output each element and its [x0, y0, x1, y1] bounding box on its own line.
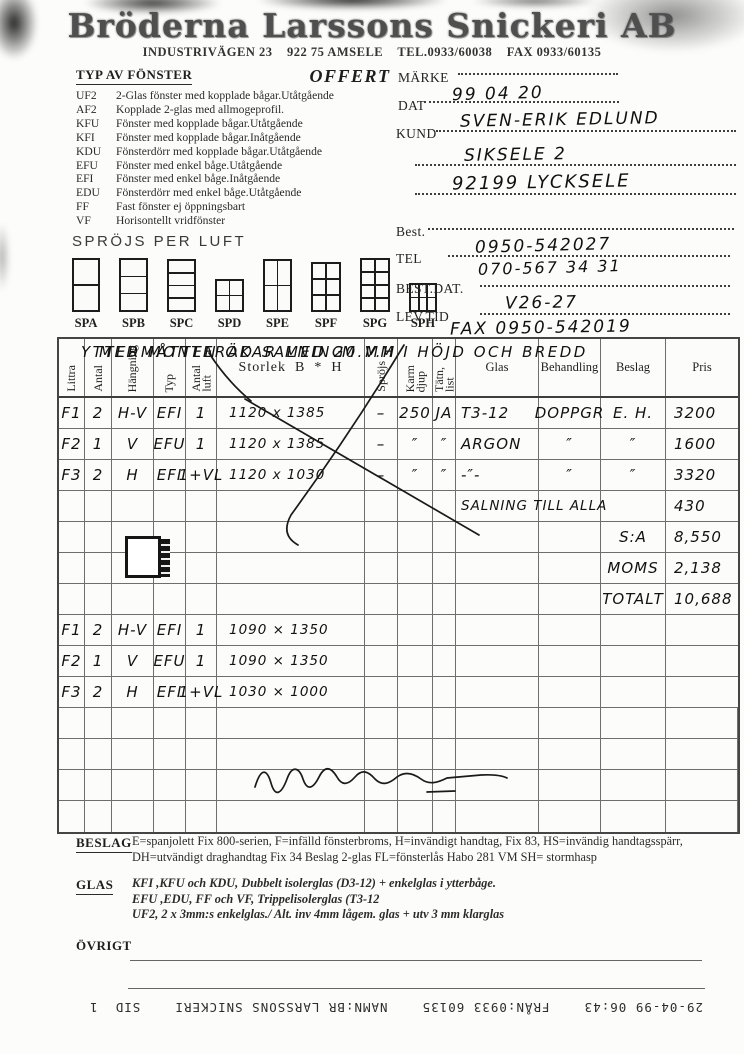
table-cell: DOPPGR [539, 398, 601, 429]
cell-value-handwritten: 1600 [674, 435, 716, 453]
window-type-code: VF [76, 214, 116, 228]
cell-value-handwritten: 1120 x 1385 [229, 405, 325, 421]
cell-value-handwritten: F2 [61, 652, 81, 670]
sprojs-pane [230, 296, 242, 310]
sprojs-label: SPE [266, 316, 289, 331]
table-row: TOTALT10,688 [59, 584, 738, 615]
table-cell: ″ [433, 460, 456, 491]
table-cell: H-V [112, 615, 154, 646]
table-cell [398, 708, 433, 739]
cell-value-handwritten: H [126, 466, 138, 484]
sprojs-pane [376, 273, 388, 284]
glas-legend-text: KFI ,KFU och KDU, Dubbelt isolerglas (D3… [132, 876, 732, 923]
table-cell: 1030 × 1000 [217, 677, 365, 708]
table-cell [186, 739, 217, 770]
window-types-title: TYP AV FÖNSTER [76, 67, 192, 85]
cell-value-handwritten: F1 [61, 621, 81, 639]
window-type-desc: Horisontellt vridfönster [116, 214, 225, 228]
cell-value-handwritten: F1 [61, 404, 81, 422]
table-cell [666, 677, 738, 708]
table-cell: – [365, 398, 398, 429]
table-header-label: Glas [486, 360, 509, 375]
ovrigt-line-2 [128, 988, 705, 989]
sprojs-pane [169, 299, 194, 310]
table-cell [456, 708, 539, 739]
table-row: F12H-VEFI11120 x 1385–250JAT3-12DOPPGRE.… [59, 398, 738, 429]
window-type-desc: 2-Glas fönster med kopplade bågar.Utåtgå… [116, 89, 334, 103]
cell-value-handwritten: 2 [93, 683, 104, 701]
table-cell [59, 553, 85, 584]
window-type-desc: Kopplade 2-glas med allmogeprofil. [116, 103, 284, 117]
window-type-desc: Fönster med enkel båge.Inåtgående [116, 172, 280, 186]
sprojs-item: SPB [119, 258, 148, 331]
window-type-code: EFI [76, 172, 116, 186]
cell-value-handwritten: ARGON [461, 435, 521, 453]
table-cell: V [112, 429, 154, 460]
fax-noise-blob [0, 222, 10, 292]
table-cell [398, 646, 433, 677]
table-row: F21VEFU11120 x 1385–″″ARGON″″1600 [59, 429, 738, 460]
table-cell: JA [433, 398, 456, 429]
table-cell [217, 553, 365, 584]
table-cell: EFU [154, 646, 186, 677]
window-type-item: FFFast fönster ej öppningsbart [76, 200, 406, 214]
table-cell [601, 801, 666, 832]
legend-line: EFU ,EDU, FF och VF, Trippelisolerglas (… [132, 892, 732, 908]
table-cell [539, 646, 601, 677]
table-cell: T3-12 [456, 398, 539, 429]
sprojs-window-icon [263, 259, 292, 312]
table-cell: 2,138 [666, 553, 738, 584]
sprojs-label: SPA [75, 316, 98, 331]
table-header-label: Storlek B * H [239, 360, 343, 376]
sprojs-pane [327, 280, 339, 294]
table-cell: 2 [85, 460, 112, 491]
table-note-row: MED MONTERAD SALNING [59, 739, 738, 770]
window-type-item: EFUFönster med enkel båge.Utåtgående [76, 159, 406, 173]
beslag-legend-label: BESLAG [76, 835, 132, 853]
sprojs-pane [278, 286, 290, 310]
table-header-label: Tätn, list [434, 367, 455, 392]
table-cell: 1090 × 1350 [217, 615, 365, 646]
table-cell: -″- [456, 460, 539, 491]
table-cell: 10,688 [666, 584, 738, 615]
table-cell [59, 801, 85, 832]
table-cell [85, 553, 112, 584]
cell-value-handwritten: ″ [441, 466, 448, 484]
kund-city-handwritten: 92199 LYCKSELE [452, 170, 631, 194]
window-type-code: FF [76, 200, 116, 214]
table-cell [85, 584, 112, 615]
cell-value-handwritten: 430 [674, 497, 706, 515]
table-cell: EFI [154, 398, 186, 429]
table-cell [217, 522, 365, 553]
table-cell [59, 708, 85, 739]
table-cell: 1600 [666, 429, 738, 460]
table-cell [666, 646, 738, 677]
cell-value-handwritten: JA [436, 404, 453, 422]
sprojs-window-icon [72, 258, 100, 312]
cell-value-handwritten: EFI [157, 621, 183, 639]
window-type-desc: Fönster med kopplade bågar.Utåtgående [116, 117, 303, 131]
best-line [428, 227, 734, 230]
table-cell [59, 584, 85, 615]
table-cell [433, 491, 456, 522]
table-cell [365, 522, 398, 553]
window-types-section: TYP AV FÖNSTER UF22-Glas fönster med kop… [76, 66, 406, 228]
table-cell [398, 801, 433, 832]
window-type-item: UF22-Glas fönster med kopplade bågar.Utå… [76, 89, 406, 103]
table-cell [433, 739, 456, 770]
window-type-item: KFIFönster med kopplade bågar.Inåtgående [76, 131, 406, 145]
table-cell: – [365, 460, 398, 491]
table-cell: 8,550 [666, 522, 738, 553]
table-note-handwritten: MED MONTERAD SALNING [99, 343, 346, 361]
table-cell [666, 770, 738, 801]
table-cell [85, 522, 112, 553]
marke-line [458, 72, 618, 75]
cell-value-handwritten: 1 [196, 652, 207, 670]
table-cell [433, 522, 456, 553]
cell-value-handwritten: F2 [61, 435, 81, 453]
beslag-legend-text: E=spanjolett Fix 800-serien, F=infälld f… [132, 834, 732, 865]
sprojs-item: SPG [360, 258, 390, 331]
sprojs-pane [362, 299, 374, 310]
sprojs-window-icon [215, 279, 244, 312]
window-type-item: EDUFönsterdörr med enkel båge.Utåtgående [76, 186, 406, 200]
window-type-code: UF2 [76, 89, 116, 103]
cell-value-handwritten: V [127, 435, 138, 453]
sprojs-pane [313, 296, 325, 310]
table-cell [539, 584, 601, 615]
table-cell [365, 708, 398, 739]
table-cell [85, 491, 112, 522]
table-cell [601, 708, 666, 739]
table-cell: 250 [398, 398, 433, 429]
table-header-label: Spröjs [376, 361, 387, 392]
table-cell [433, 677, 456, 708]
sprojs-pane [362, 286, 374, 297]
cell-value-handwritten: 1090 × 1350 [229, 653, 329, 669]
sprojs-window-icon [311, 262, 341, 312]
table-cell: ″ [601, 460, 666, 491]
sprojs-pane [169, 286, 194, 297]
table-cell [398, 677, 433, 708]
table-cell: EFI [154, 615, 186, 646]
table-cell: 3320 [666, 460, 738, 491]
table-cell [186, 801, 217, 832]
table-cell [186, 584, 217, 615]
table-cell: ″ [539, 429, 601, 460]
cell-value-handwritten: H-V [118, 404, 147, 422]
table-cell [433, 770, 456, 801]
table-cell: 1120 x 1385 [217, 429, 365, 460]
cell-value-handwritten: F3 [61, 466, 81, 484]
cell-value-handwritten: S:A [619, 528, 647, 546]
table-cell [85, 708, 112, 739]
tel-value-2-handwritten: 070-567 34 31 [478, 256, 622, 279]
table-note-row: YTTERMÅTTEN ÖKAR MED 20 MM I HÖJD OCH BR… [59, 708, 738, 739]
kund-name-handwritten: SVEN-ERIK EDLUND [460, 108, 660, 131]
legend-line: UF2, 2 x 3mm:s enkelglas./ Alt. inv 4mm … [132, 907, 732, 923]
table-cell [456, 615, 539, 646]
window-type-item: EFIFönster med enkel båge.Inåtgående [76, 172, 406, 186]
glas-legend-label: GLAS [76, 877, 113, 895]
window-type-desc: Fönsterdörr med enkel båge.Utåtgående [116, 186, 301, 200]
table-cell: SALNING TILL ALLA [456, 491, 539, 522]
table-cell [666, 615, 738, 646]
table-cell [217, 708, 365, 739]
table-cell [365, 739, 398, 770]
sprojs-window-icon [360, 258, 390, 312]
table-header-label: Littra [66, 365, 77, 392]
window-type-item: KFUFönster med kopplade bågar.Utåtgående [76, 117, 406, 131]
cell-value-handwritten: 2 [93, 466, 104, 484]
cell-value-handwritten: 10,688 [674, 590, 733, 608]
table-cell [666, 801, 738, 832]
sprojs-item: SPA [72, 258, 100, 331]
table-cell [398, 553, 433, 584]
levtid-value-handwritten: V26-27 [505, 292, 578, 313]
table-cell [433, 708, 456, 739]
sprojs-pane [230, 281, 242, 295]
table-cell [85, 801, 112, 832]
sprojs-item: SPE [263, 259, 292, 331]
table-cell: 1 [85, 646, 112, 677]
sprojs-pane [278, 261, 290, 285]
table-cell [112, 770, 154, 801]
cell-value-handwritten: T3-12 [461, 404, 509, 422]
table-cell [154, 708, 186, 739]
table-cell [666, 708, 738, 739]
table-cell [154, 739, 186, 770]
table-cell [433, 553, 456, 584]
table-cell [112, 801, 154, 832]
sprojs-pane [327, 296, 339, 310]
sprojs-pane [121, 260, 146, 276]
table-header-label: Beslag [616, 360, 650, 375]
table-cell: 1 [186, 615, 217, 646]
sprojs-pane [376, 260, 388, 271]
table-cell: ″ [398, 429, 433, 460]
table-cell: ARGON [456, 429, 539, 460]
cell-value-handwritten: – [377, 466, 386, 484]
table-cell: 1120 x 1030 [217, 460, 365, 491]
cell-value-handwritten: 2 [93, 404, 104, 422]
table-cell [186, 770, 217, 801]
sprojs-pane [74, 260, 98, 284]
marke-label: MÄRKE [398, 70, 449, 86]
table-cell [59, 770, 85, 801]
cell-value-handwritten: V [127, 652, 138, 670]
table-cell: 1+VL [186, 677, 217, 708]
company-address: INDUSTRIVÄGEN 23 922 75 AMSELE TEL.0933/… [0, 45, 744, 60]
sprojs-pane [362, 273, 374, 284]
cell-value-handwritten: 1120 x 1385 [229, 436, 325, 452]
table-cell [666, 739, 738, 770]
sprojs-pane [169, 261, 194, 272]
cell-value-handwritten: ″ [412, 466, 419, 484]
table-cell [154, 801, 186, 832]
table-cell [539, 677, 601, 708]
table-row: F32HEFI1+VL1030 × 1000 [59, 677, 738, 708]
sprojs-pane [217, 296, 229, 310]
table-cell: F1 [59, 615, 85, 646]
table-cell: 2 [85, 615, 112, 646]
cell-value-handwritten: – [377, 435, 386, 453]
sprojs-pane [376, 299, 388, 310]
cell-value-handwritten: 1 [196, 621, 207, 639]
cell-value-handwritten: 3320 [674, 466, 716, 484]
table-cell: F3 [59, 677, 85, 708]
table-cell: F2 [59, 646, 85, 677]
table-header-cell: Pris [666, 339, 738, 396]
table-cell [154, 584, 186, 615]
table-cell [59, 739, 85, 770]
table-cell [217, 739, 365, 770]
table-cell [85, 770, 112, 801]
sprojs-label: SPB [122, 316, 145, 331]
table-cell [59, 491, 85, 522]
table-cell [539, 739, 601, 770]
cell-value-handwritten: – [377, 404, 386, 422]
sprojs-pane [265, 261, 277, 285]
window-type-item: KDUFönsterdörr med kopplade bågar.Utåtgå… [76, 145, 406, 159]
table-header-label: Antal luft [191, 365, 212, 392]
table-cell [601, 770, 666, 801]
table-cell [398, 615, 433, 646]
table-cell [539, 708, 601, 739]
order-table: LittraAntalHängningTypAntal luftStorlek … [57, 337, 740, 834]
table-cell: ″ [433, 429, 456, 460]
cell-value-handwritten: E. H. [613, 404, 653, 422]
table-note-row [59, 801, 738, 832]
cell-value-handwritten: 1 [93, 652, 104, 670]
table-note-handwritten: M.V.H [342, 343, 397, 361]
table-cell [154, 770, 186, 801]
table-cell [365, 646, 398, 677]
kund-label: KUND [396, 126, 437, 142]
table-cell [456, 677, 539, 708]
window-stamp-icon [125, 536, 161, 578]
sprojs-label: SPF [315, 316, 337, 331]
sprojs-pane [313, 264, 325, 278]
table-cell: F2 [59, 429, 85, 460]
cell-value-handwritten: 1 [93, 435, 104, 453]
cell-value-handwritten: H-V [118, 621, 147, 639]
table-cell [601, 739, 666, 770]
cell-value-handwritten: ″ [630, 435, 637, 453]
table-cell [217, 801, 365, 832]
cell-value-handwritten: H [126, 683, 138, 701]
bestdat-line [480, 284, 730, 287]
table-cell [365, 491, 398, 522]
table-header-label: Behandling [541, 360, 599, 375]
window-type-desc: Fast fönster ej öppningsbart [116, 200, 245, 214]
table-cell [456, 739, 539, 770]
cell-value-handwritten: 1120 x 1030 [229, 467, 325, 483]
legend-line: E=spanjolett Fix 800-serien, F=infälld f… [132, 834, 732, 850]
table-cell [601, 491, 666, 522]
offert-scanned-document: Bröderna Larssons Snickeri AB INDUSTRIVÄ… [0, 0, 744, 1054]
table-cell [186, 708, 217, 739]
table-cell [456, 522, 539, 553]
table-cell [601, 615, 666, 646]
cell-value-handwritten: 2 [93, 621, 104, 639]
dat-value-handwritten: 99 04 20 [452, 83, 544, 105]
table-cell [365, 553, 398, 584]
cell-value-handwritten: F3 [61, 683, 81, 701]
cell-value-handwritten: DOPPGR [535, 404, 605, 422]
window-type-item: AF2Kopplade 2-glas med allmogeprofil. [76, 103, 406, 117]
table-cell: 2 [85, 677, 112, 708]
table-row: F12H-VEFI11090 × 1350 [59, 615, 738, 646]
table-cell [112, 739, 154, 770]
table-cell: 1 [85, 429, 112, 460]
window-type-desc: Fönster med kopplade bågar.Inåtgående [116, 131, 301, 145]
sprojs-label: SPC [170, 316, 194, 331]
cell-value-handwritten: 3200 [674, 404, 716, 422]
table-cell: 2 [85, 398, 112, 429]
table-cell [186, 491, 217, 522]
cell-value-handwritten: 1 [196, 435, 207, 453]
sprojs-window-icon [167, 259, 196, 312]
kund-street-handwritten: SIKSELE 2 [464, 144, 567, 166]
sprojs-pane [265, 286, 277, 310]
table-cell: F3 [59, 460, 85, 491]
cell-value-handwritten: 1090 × 1350 [229, 622, 329, 638]
table-cell [456, 646, 539, 677]
table-header-label: Antal [93, 365, 104, 392]
table-cell [456, 553, 539, 584]
sprojs-pane [169, 274, 194, 285]
cell-value-handwritten: EFU [153, 652, 185, 670]
ovrigt-label: ÖVRIGT [76, 938, 132, 955]
table-header-cell: Beslag [601, 339, 666, 396]
table-cell: E. H. [601, 398, 666, 429]
dat-label: DAT [398, 98, 425, 114]
cell-value-handwritten: ″ [412, 435, 419, 453]
table-row: F21VEFU11090 × 1350 [59, 646, 738, 677]
table-cell [59, 522, 85, 553]
table-cell [539, 522, 601, 553]
sprojs-item: SPD [215, 279, 244, 331]
table-body: F12H-VEFI11120 x 1385–250JAT3-12DOPPGRE.… [59, 398, 738, 832]
cell-value-handwritten: EFU [153, 435, 185, 453]
cell-value-handwritten: 1030 × 1000 [229, 684, 329, 700]
ovrigt-line-1 [130, 960, 702, 961]
table-cell: 430 [666, 491, 738, 522]
table-cell [539, 615, 601, 646]
table-cell [112, 584, 154, 615]
table-cell: H [112, 677, 154, 708]
table-cell: EFU [154, 429, 186, 460]
cell-value-handwritten: SALNING TILL ALLA [461, 498, 607, 514]
cell-value-handwritten: -″- [461, 466, 480, 484]
table-cell: TOTALT [601, 584, 666, 615]
table-cell: ″ [601, 429, 666, 460]
table-cell [398, 584, 433, 615]
table-cell [112, 491, 154, 522]
table-cell [433, 646, 456, 677]
window-type-code: KFI [76, 131, 116, 145]
sprojs-pane [74, 286, 98, 310]
table-cell [217, 491, 365, 522]
cell-value-handwritten: ″ [441, 435, 448, 453]
table-header-label: Pris [692, 360, 711, 375]
table-cell [433, 801, 456, 832]
table-header-label: Typ [164, 374, 175, 393]
